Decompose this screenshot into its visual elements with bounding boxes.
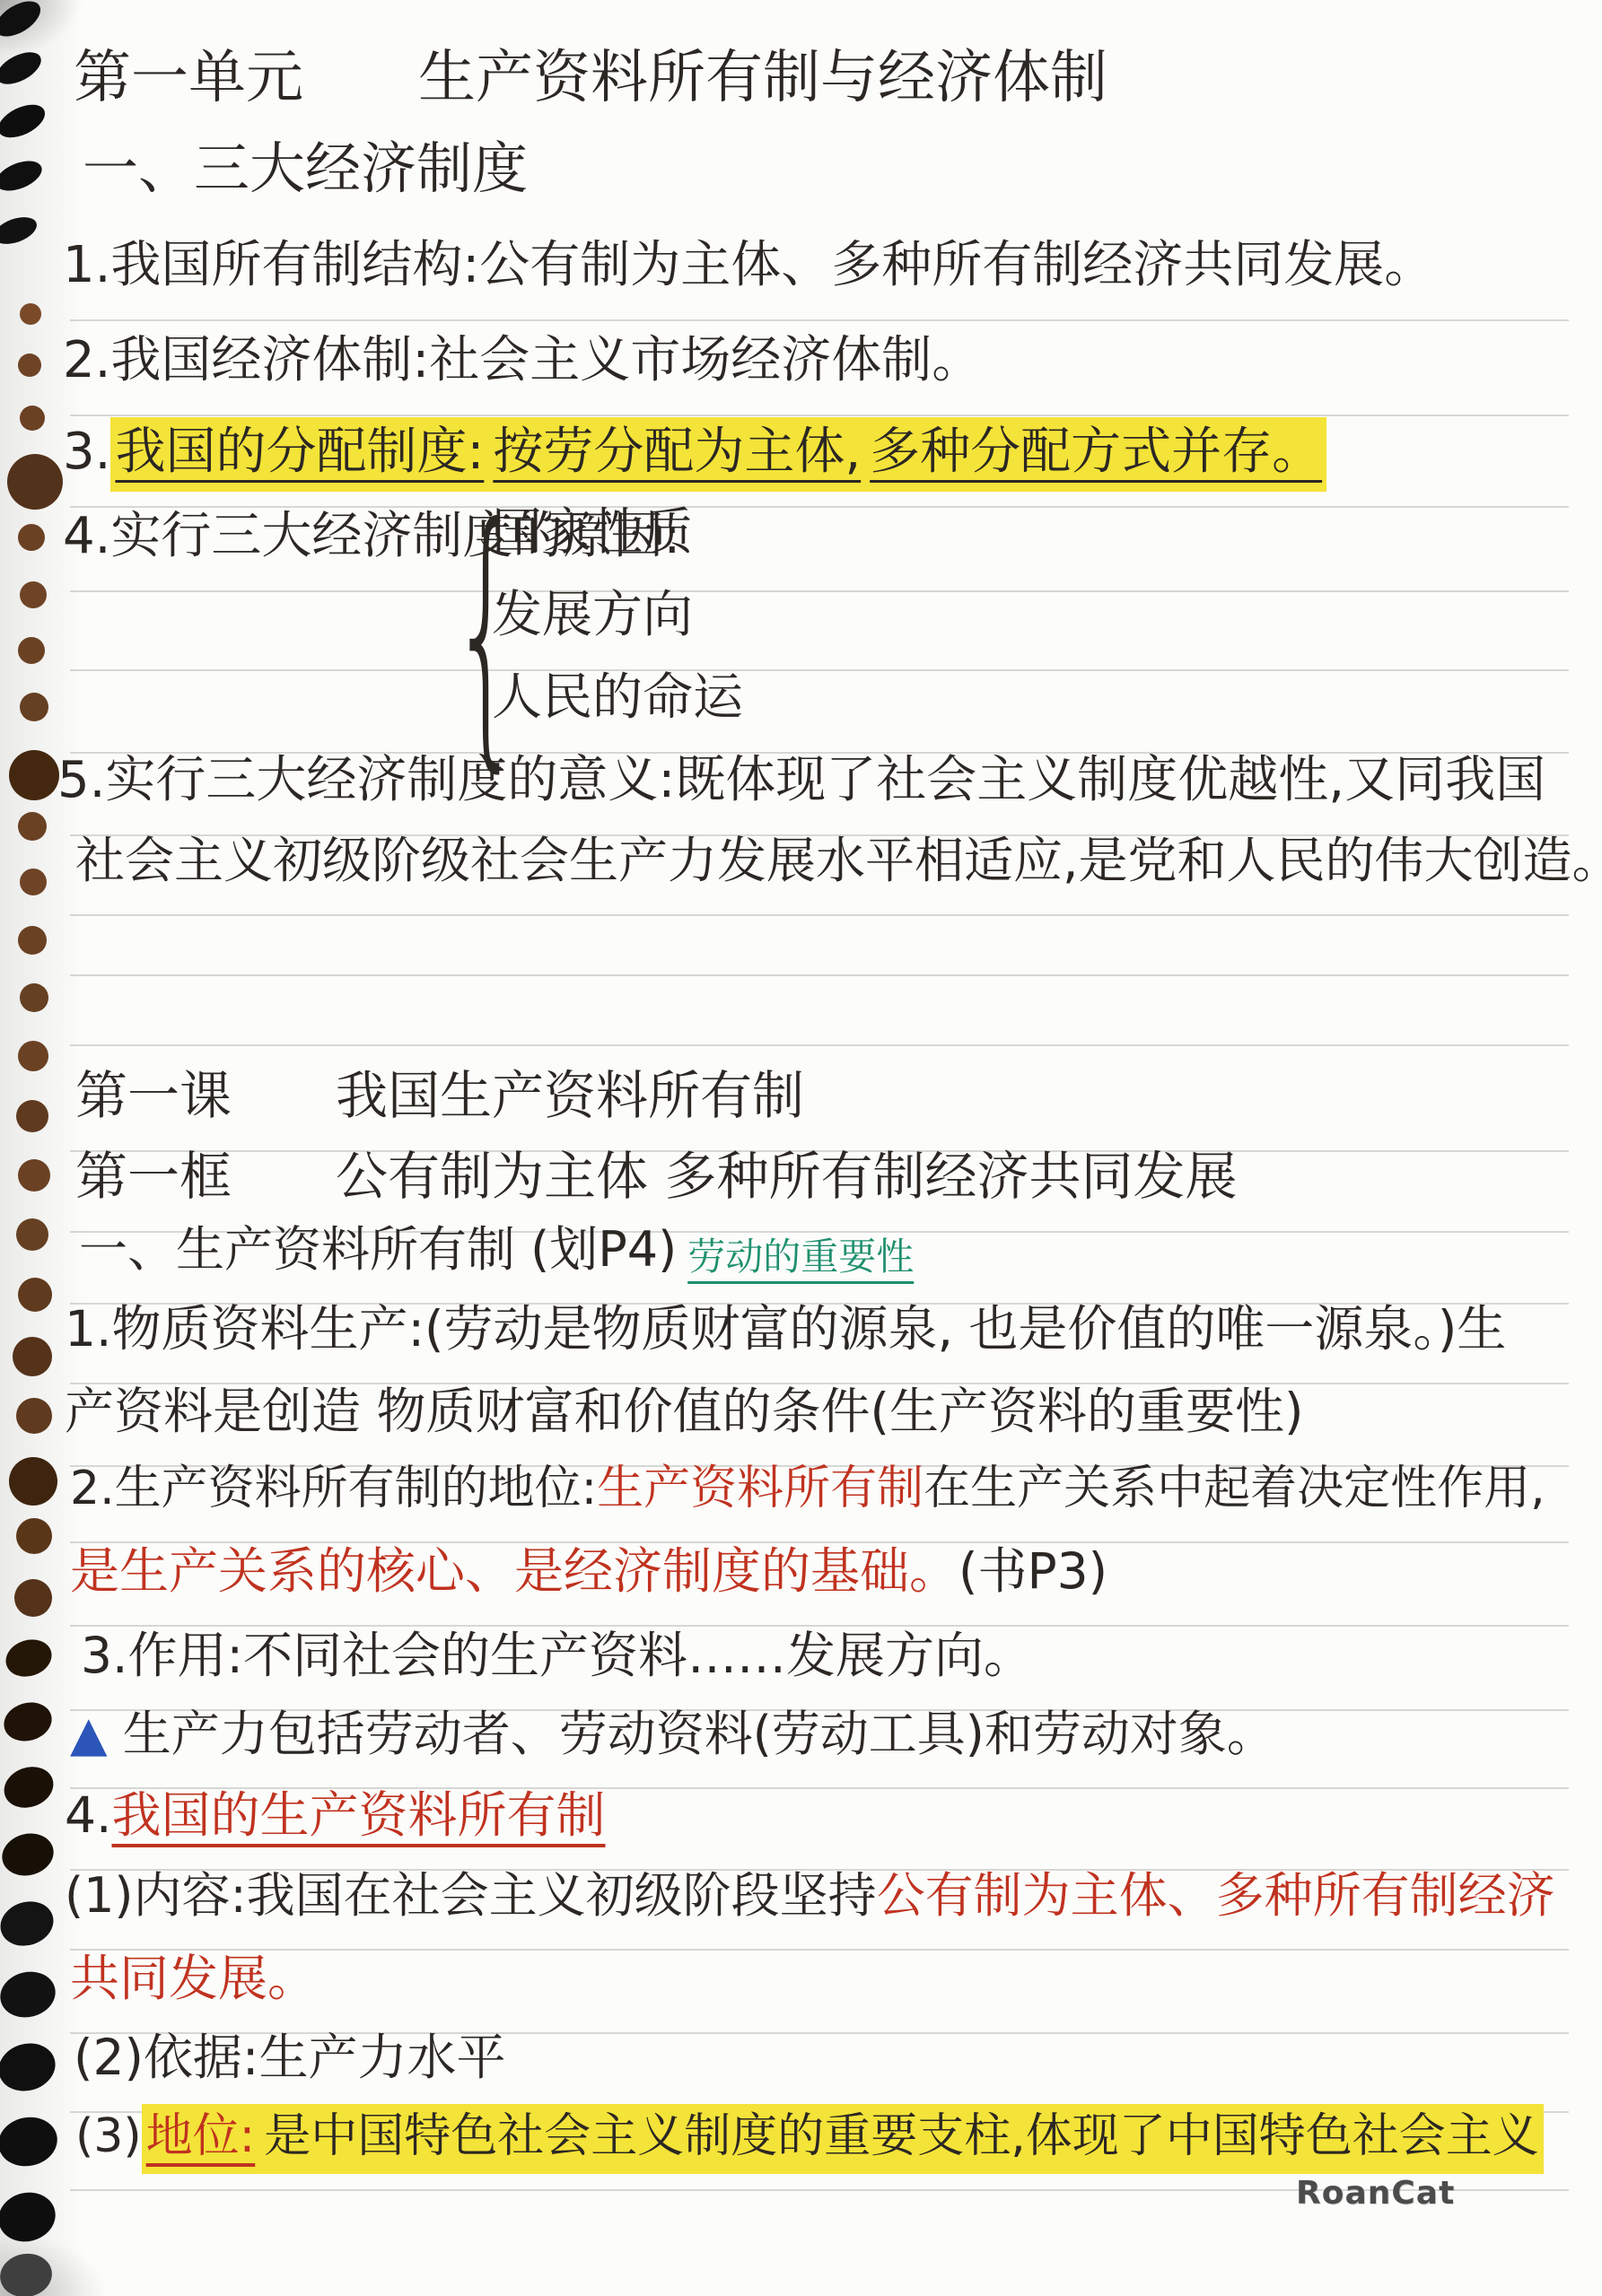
item-significance-line2-seg-0: 社会主义初级阶级社会生产力发展水平相适应,是党和人民的伟大创造。 [75,832,1602,889]
rule-line [70,590,1569,592]
item-significance-line2: 社会主义初级阶级社会生产力发展水平相适应,是党和人民的伟大创造。 [75,831,1602,891]
point-4-content-line2: 共同发展。 [70,1949,317,2009]
point-role: 3.作用:不同社会的生产资料……发展方向。 [81,1626,1033,1686]
point-role-seg-0: 3.作用:不同社会的生产资料……发展方向。 [81,1627,1033,1684]
point-4-heading: 4.我国的生产资料所有制 [65,1785,606,1846]
item-significance-line1: 5.实行三大经济制度的意义:既体现了社会主义制度优越性,又同我国 [57,750,1545,811]
binding-hole [0,1697,57,1746]
binding-hole [18,524,45,551]
unit-title: 第一单元 生产资料所有制与经济体制 [74,43,1107,113]
point-status-line2-seg-1: (书P3) [959,1542,1107,1600]
point-material-production-line2: 产资料是创造 物质财富和价值的条件(生产资料的重要性) [65,1382,1303,1442]
binding-hole [0,2037,61,2098]
point-4-status: (3)地位:是中国特色社会主义制度的重要支柱,体现了中国特色社会主义 [75,2108,1544,2165]
productivity-note: ▲ 生产力包括劳动者、劳动资料(劳动工具)和劳动对象。 [70,1705,1275,1764]
watermark: RoanCat [1296,2175,1455,2212]
point-4-heading-seg-0: 4. [65,1786,111,1844]
binding-hole [18,1159,50,1192]
point-4-heading-seg-1: 我国的生产资料所有制 [111,1786,605,1844]
point-material-production-line2-seg-0: 产资料是创造 物质财富和价值的条件(生产资料的重要性) [65,1383,1303,1440]
rule-line [70,974,1569,976]
binding-hole [20,581,47,608]
binding-hole [0,0,47,44]
item-economic-system-seg-0: 2.我国经济体制:社会主义市场经济体制。 [63,331,982,389]
binding-hole [0,1895,59,1952]
heading-three-systems-seg-0: 一、三大经济制度 [83,135,528,201]
binding-hole [16,1218,48,1251]
binding-hole [9,1457,57,1506]
productivity-note-seg-1: 生产力包括劳动者、劳动资料(劳动工具)和劳动对象。 [108,1706,1275,1762]
point-4-content-line1: (1)内容:我国在社会主义初级阶段坚持公有制为主体、多种所有制经济 [65,1866,1555,1925]
heading-three-systems: 一、三大经济制度 [83,135,528,203]
point-4-status-seg-0: (3) [75,2109,142,2163]
reason-peoples-destiny: 人民的命运 [492,668,743,729]
rule-line [70,669,1569,671]
point-status-line1-seg-2: 在生产关系中起着决定性作用, [924,1462,1545,1515]
notebook-page: 第一单元 生产资料所有制与经济体制一、三大经济制度1.我国所有制结构:公有制为主… [0,0,1602,2296]
binding-hole [0,155,46,196]
binding-hole [0,2112,62,2172]
item-distribution-system-seg-3: 多种分配方式并存。 [865,417,1326,492]
binding-hole [20,303,41,325]
binding-hole [14,1579,52,1617]
productivity-note-seg-0: ▲ [70,1706,108,1762]
binding-hole [1,1634,57,1682]
binding-hole [0,2249,56,2296]
unit-title-seg-0: 第一单元 生产资料所有制与经济体制 [74,45,1107,111]
point-4-status-seg-2: 是中国特色社会主义制度的重要支柱,体现了中国特色社会主义 [259,2104,1544,2174]
point-material-production-line1-seg-0: 1.物质资料生产:(劳动是物质财富的源泉, 也是价值的唯一源泉。)生 [65,1300,1506,1358]
binding-hole [13,1337,52,1376]
binding-hole [0,1966,60,2023]
binding-hole [18,1278,52,1312]
binding-hole [0,1760,59,1814]
binding-hole [0,98,50,144]
item-distribution-system-seg-2: 按劳分配为主体, [488,417,865,492]
point-4-content-line1-seg-1: 公有制为主体、多种所有制经济 [877,1867,1555,1924]
heading-ownership: 一、生产资料所有制 (划P4)劳动的重要性 [79,1220,914,1279]
item-ownership-structure: 1.我国所有制结构:公有制为主体、多种所有制经济共同发展。 [63,235,1434,296]
binding-hole [18,1041,48,1071]
binding-hole [20,983,48,1012]
rule-line [70,319,1569,321]
item-distribution-system-seg-1: 我国的分配制度: [110,417,488,492]
binding-hole [16,1398,52,1434]
binding-hole [20,406,45,431]
lesson-title: 第一课 我国生产资料所有制 [75,1064,804,1128]
heading-ownership-seg-1: 劳动的重要性 [687,1235,914,1279]
rule-line [70,914,1569,916]
point-status-line1: 2.生产资料所有制的地位:生产资料所有制在生产关系中起着决定性作用, [70,1461,1545,1517]
point-status-line2: 是生产关系的核心、是经济制度的基础。(书P3) [70,1541,1107,1602]
reason-peoples-destiny-seg-0: 人民的命运 [492,668,743,727]
point-status-line1-seg-1: 生产资料所有制 [597,1462,924,1515]
point-4-content-line2-seg-0: 共同发展。 [70,1950,317,2007]
point-4-content-line1-seg-0: (1)内容:我国在社会主义初级阶段坚持 [65,1867,877,1924]
lesson-title-seg-0: 第一课 我国生产资料所有制 [75,1065,804,1126]
brace-glyph: { [451,492,522,773]
item-distribution-system: 3.我国的分配制度:按劳分配为主体,多种分配方式并存。 [63,422,1326,483]
binding-hole [9,750,59,800]
point-4-status-seg-1: 地位: [142,2104,260,2174]
binding-hole [20,693,48,721]
point-status-line1-seg-0: 2.生产资料所有制的地位: [70,1462,597,1515]
point-4-basis: (2)依据:生产力水平 [74,2028,505,2088]
binding-hole [0,1828,58,1881]
item-economic-system: 2.我国经济体制:社会主义市场经济体制。 [63,330,982,391]
point-status-line2-seg-0: 是生产关系的核心、是经济制度的基础。 [70,1542,959,1600]
binding-hole [18,812,47,841]
binding-hole [16,1100,48,1132]
point-material-production-line1: 1.物质资料生产:(劳动是物质财富的源泉, 也是价值的唯一源泉。)生 [65,1299,1506,1359]
item-significance-line1-seg-0: 5.实行三大经济制度的意义:既体现了社会主义制度优越性,又同我国 [57,751,1545,809]
binding-hole [0,46,46,91]
item-ownership-structure-seg-0: 1.我国所有制结构:公有制为主体、多种所有制经济共同发展。 [63,236,1434,294]
binding-hole [18,637,45,664]
binding-hole [7,454,63,510]
binding-hole [18,926,47,955]
binding-hole [16,1518,52,1554]
rule-line [70,415,1569,416]
heading-ownership-seg-0: 一、生产资料所有制 (划P4) [79,1221,677,1278]
binding-hole [0,2187,61,2248]
item-distribution-system-seg-0: 3. [63,423,110,481]
point-4-basis-seg-0: (2)依据:生产力水平 [74,2029,505,2086]
binding-hole [20,869,47,895]
frame-title: 第一框 公有制为主体 多种所有制经济共同发展 [75,1145,1237,1209]
frame-title-seg-0: 第一框 公有制为主体 多种所有制经济共同发展 [75,1146,1237,1207]
binding-hole [0,212,40,249]
binding-hole [18,354,41,377]
rule-line [70,1044,1569,1046]
